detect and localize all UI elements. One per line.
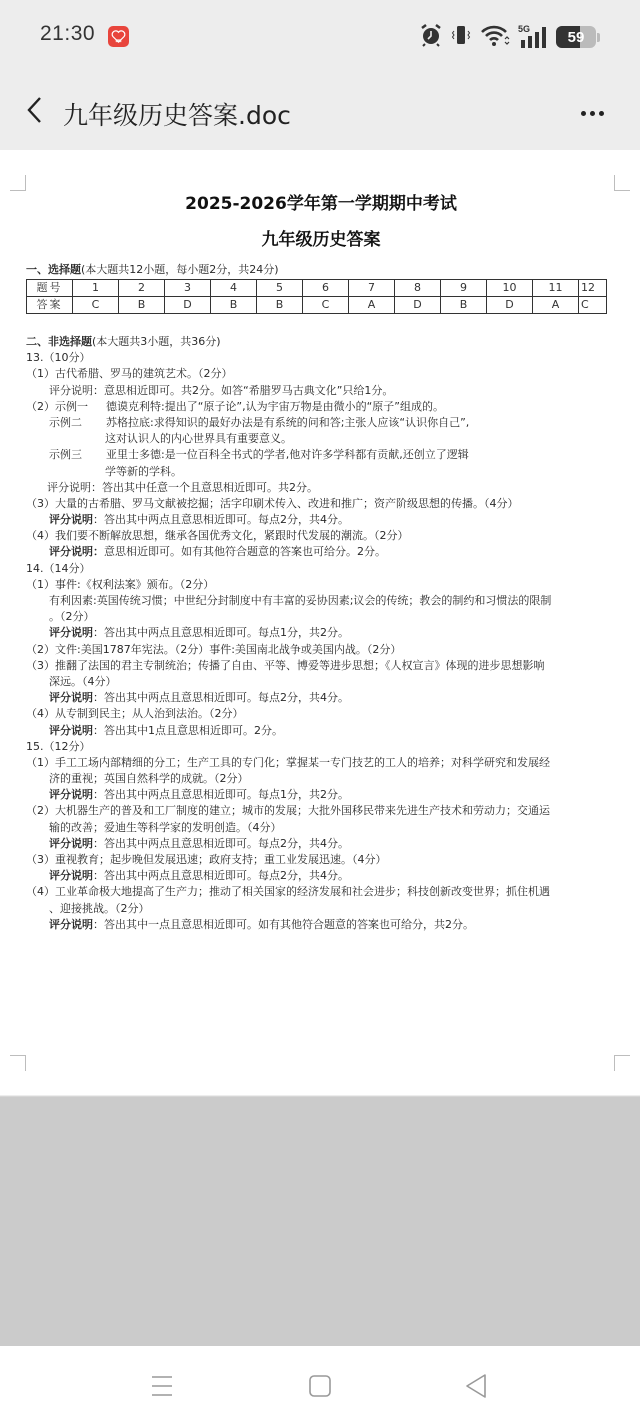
q14-p1: （1）事件:《权利法案》颁布。（2分）	[26, 577, 616, 593]
table-cell: B	[441, 297, 487, 314]
table-cell: D	[487, 297, 533, 314]
table-cell: D	[165, 297, 211, 314]
table-row-numbers: 题号 1 2 3 4 5 6 7 8 9 10 11 12	[27, 280, 607, 297]
table-cell: C	[303, 297, 349, 314]
note-text: 意思相近即可。如有其他符合题意的答案也可给分。2分。	[104, 545, 386, 558]
page-margin-corner-top-left	[10, 175, 26, 191]
table-cell: 3	[165, 280, 211, 297]
note-label: 评分说明	[49, 869, 93, 882]
note-label: 评分说明	[49, 691, 93, 704]
viewer-background	[0, 1096, 640, 1346]
example-label: 示例三	[49, 447, 106, 463]
section2-label: 二、非选择题	[26, 335, 92, 348]
battery-level: 59	[568, 29, 585, 46]
5g-signal-icon: 5G	[518, 25, 548, 49]
note-text: ：答出其中两点且意思相近即可。每点2分，共4分。	[93, 837, 349, 850]
home-button[interactable]	[300, 1368, 340, 1404]
section2-heading: 二、非选择题(本大题共3小题，共36分)	[26, 334, 616, 350]
page-margin-corner-top-right	[614, 175, 630, 191]
table-cell: 8	[395, 280, 441, 297]
document-page[interactable]: 2025-2026学年第一学期期中考试 九年级历史答案 一、选择题(本大题共12…	[0, 150, 640, 1095]
q13-p2-ex3-cont: 学等新的学科。	[26, 464, 616, 480]
table-cell: 9	[441, 280, 487, 297]
table-cell: A	[349, 297, 395, 314]
table-cell: 12	[579, 280, 607, 297]
table-cell: 2	[119, 280, 165, 297]
q15-p2-note: 评分说明：答出其中两点且意思相近即可。每点2分，共4分。	[26, 836, 616, 852]
table-cell: D	[395, 297, 441, 314]
table-cell: A	[533, 297, 579, 314]
table-cell: C	[73, 297, 119, 314]
app-bar: 九年级历史答案.doc	[0, 72, 640, 150]
note-label: 评分说明	[49, 724, 93, 737]
table-cell: 7	[349, 280, 395, 297]
document-title: 九年级历史答案.doc	[63, 96, 291, 132]
q15-p2-cont: 输的改善；爱迪生等科学家的发明创造。（4分）	[26, 820, 616, 836]
table-cell: 1	[73, 280, 119, 297]
table-cell: 4	[211, 280, 257, 297]
q14-p4-note: 评分说明：答出其中1点且意思相近即可。2分。	[26, 723, 616, 739]
alarm-icon	[420, 23, 442, 51]
note-label: 评分说明	[49, 918, 93, 931]
table-cell: B	[119, 297, 165, 314]
q15-p3: （3）重视教育；起步晚但发展迅速；政府支持；重工业发展迅速。（4分）	[26, 852, 616, 868]
example-text: 德谟克利特:提出了“原子论”,认为宇宙万物是由微小的“原子”组成的。	[106, 400, 444, 413]
q14-heading: 14.（14分）	[26, 561, 616, 577]
q13-p1-note: 评分说明：意思相近即可。共2分。如答“希腊罗马古典文化”只给1分。	[26, 383, 616, 399]
q13-p1: （1）古代希腊、罗马的建筑艺术。（2分）	[26, 366, 616, 382]
q15-p2: （2）大机器生产的普及和工厂制度的建立；城市的发展；大批外国移民带来先进生产技术…	[26, 803, 616, 819]
table-cell: 11	[533, 280, 579, 297]
q15-p1-cont: 济的重视；英国自然科学的成就。（2分）	[26, 771, 616, 787]
page-margin-corner-bottom-right	[614, 1055, 630, 1071]
recents-menu-icon	[150, 1374, 174, 1398]
note-text: ：答出其中两点且意思相近即可。每点2分，共4分。	[93, 691, 349, 704]
q13-p3: （3）大量的古希腊、罗马文献被挖掘；活字印刷术传入、改进和推广；资产阶级思想的传…	[26, 496, 616, 512]
back-nav-button[interactable]	[456, 1368, 496, 1404]
q14-p1-factors: 有利因素:英国传统习惯；中世纪分封制度中有丰富的妥协因素;议会的传统；教会的制约…	[26, 593, 616, 609]
answer-key-title: 九年级历史答案	[26, 232, 616, 248]
note-label: 评分说明	[49, 513, 93, 526]
note-label: 评分说明	[49, 626, 93, 639]
q15-p4: （4）工业革命极大地提高了生产力；推动了相关国家的经济发展和社会进步；科技创新改…	[26, 884, 616, 900]
back-triangle-icon	[464, 1373, 488, 1399]
red-heart-app-icon	[108, 26, 129, 47]
more-options-button[interactable]	[572, 98, 612, 128]
battery-nub	[597, 33, 600, 42]
example-text: 苏格拉底:求得知识的最好办法是有系统的问和答;主张人应该“认识你自己”,	[106, 416, 469, 429]
q13-p2-ex3: 示例三亚里士多德:是一位百科全书式的学者,他对许多学科都有贡献,还创立了逻辑	[26, 447, 616, 463]
note-text: ：答出其中两点且意思相近即可。每点1分，共2分。	[93, 788, 349, 801]
table-cell: 6	[303, 280, 349, 297]
note-text: ：答出其中两点且意思相近即可。每点2分，共4分。	[93, 869, 349, 882]
q13-p2-ex1: （2）示例一德谟克利特:提出了“原子论”,认为宇宙万物是由微小的“原子”组成的。	[26, 399, 616, 415]
battery-icon: 59	[556, 26, 596, 48]
back-button[interactable]	[18, 90, 50, 130]
section2-desc: (本大题共3小题，共36分)	[92, 335, 221, 348]
note-text: ：答出其中一点且意思相近即可。如有其他符合题意的答案也可给分，共2分。	[93, 918, 474, 931]
example-label: （2）示例一	[26, 399, 106, 415]
q14-p1-factors-cont: 。（2分）	[26, 609, 616, 625]
table-cell: 5	[257, 280, 303, 297]
note-text: ：答出其中两点且意思相近即可。每点1分，共2分。	[93, 626, 349, 639]
q15-p1-note: 评分说明：答出其中两点且意思相近即可。每点1分，共2分。	[26, 787, 616, 803]
section2-body: 二、非选择题(本大题共3小题，共36分) 13.（10分） （1）古代希腊、罗马…	[26, 334, 616, 933]
table-header-cell: 答案	[27, 297, 73, 314]
table-cell: C	[579, 297, 607, 314]
q13-p2-note: 评分说明：答出其中任意一个且意思相近即可。共2分。	[26, 480, 616, 496]
exam-title: 2025-2026学年第一学期期中考试	[26, 196, 616, 212]
table-cell: 10	[487, 280, 533, 297]
q13-p4: （4）我们要不断解放思想，继承各国优秀文化，紧跟时代发展的潮流。（2分）	[26, 528, 616, 544]
q13-p3-note: 评分说明：答出其中两点且意思相近即可。每点2分，共4分。	[26, 512, 616, 528]
page-margin-corner-bottom-left	[10, 1055, 26, 1071]
example-text: 亚里士多德:是一位百科全书式的学者,他对许多学科都有贡献,还创立了逻辑	[106, 448, 469, 461]
q14-p3: （3）推翻了法国的君主专制统治；传播了自由、平等、博爱等进步思想；《人权宣言》体…	[26, 658, 616, 674]
q13-p2-ex2-cont: 这对认识人的内心世界具有重要意义。	[26, 431, 616, 447]
vibrate-icon	[450, 23, 472, 51]
system-navigation-bar	[0, 1346, 640, 1426]
recents-button[interactable]	[142, 1368, 182, 1404]
table-row-answers: 答案 C B D B B C A D B D A C	[27, 297, 607, 314]
q13-p4-note: 评分说明：意思相近即可。如有其他符合题意的答案也可给分。2分。	[26, 544, 616, 560]
wifi-icon	[480, 23, 510, 51]
q15-p4-cont: 、迎接挑战。（2分）	[26, 901, 616, 917]
note-label: 评分说明：	[49, 545, 104, 558]
multiple-choice-answer-table: 题号 1 2 3 4 5 6 7 8 9 10 11 12 答案 C B D B…	[26, 279, 607, 314]
home-square-icon	[308, 1374, 332, 1398]
q13-heading: 13.（10分）	[26, 350, 616, 366]
q14-p1-note: 评分说明：答出其中两点且意思相近即可。每点1分，共2分。	[26, 625, 616, 641]
note-label: 评分说明	[49, 788, 93, 801]
q15-heading: 15.（12分）	[26, 739, 616, 755]
note-text: ：答出其中1点且意思相近即可。2分。	[93, 724, 283, 737]
q14-p2: （2）文件:美国1787年宪法。（2分）事件:美国南北战争或美国内战。（2分）	[26, 642, 616, 658]
q14-p3-cont: 深远。（4分）	[26, 674, 616, 690]
more-dot	[599, 111, 604, 116]
q14-p3-note: 评分说明：答出其中两点且意思相近即可。每点2分，共4分。	[26, 690, 616, 706]
q13-p2-ex2: 示例二苏格拉底:求得知识的最好办法是有系统的问和答;主张人应该“认识你自己”,	[26, 415, 616, 431]
note-label: 评分说明	[49, 837, 93, 850]
table-header-cell: 题号	[27, 280, 73, 297]
note-text: ：答出其中两点且意思相近即可。每点2分，共4分。	[93, 513, 349, 526]
q15-p3-note: 评分说明：答出其中两点且意思相近即可。每点2分，共4分。	[26, 868, 616, 884]
table-cell: B	[211, 297, 257, 314]
table-cell: B	[257, 297, 303, 314]
status-bar: 21:30 5G 59	[0, 0, 640, 72]
q15-p4-note: 评分说明：答出其中一点且意思相近即可。如有其他符合题意的答案也可给分，共2分。	[26, 917, 616, 933]
more-horizontal-icon	[581, 111, 586, 116]
status-icons: 5G 59	[420, 24, 600, 50]
chevron-left-icon	[25, 95, 43, 125]
q15-p1: （1）手工工场内部精细的分工；生产工具的专门化；掌握某一专门技艺的工人的培养；对…	[26, 755, 616, 771]
status-time: 21:30	[40, 22, 95, 46]
section1-heading: 一、选择题(本大题共12小题，每小题2分，共24分)	[26, 262, 279, 278]
q14-p4: （4）从专制到民主；从人治到法治。（2分）	[26, 706, 616, 722]
section1-desc: (本大题共12小题，每小题2分，共24分)	[81, 263, 279, 276]
section1-label: 一、选择题	[26, 263, 81, 276]
more-dot	[590, 111, 595, 116]
example-label: 示例二	[49, 415, 106, 431]
